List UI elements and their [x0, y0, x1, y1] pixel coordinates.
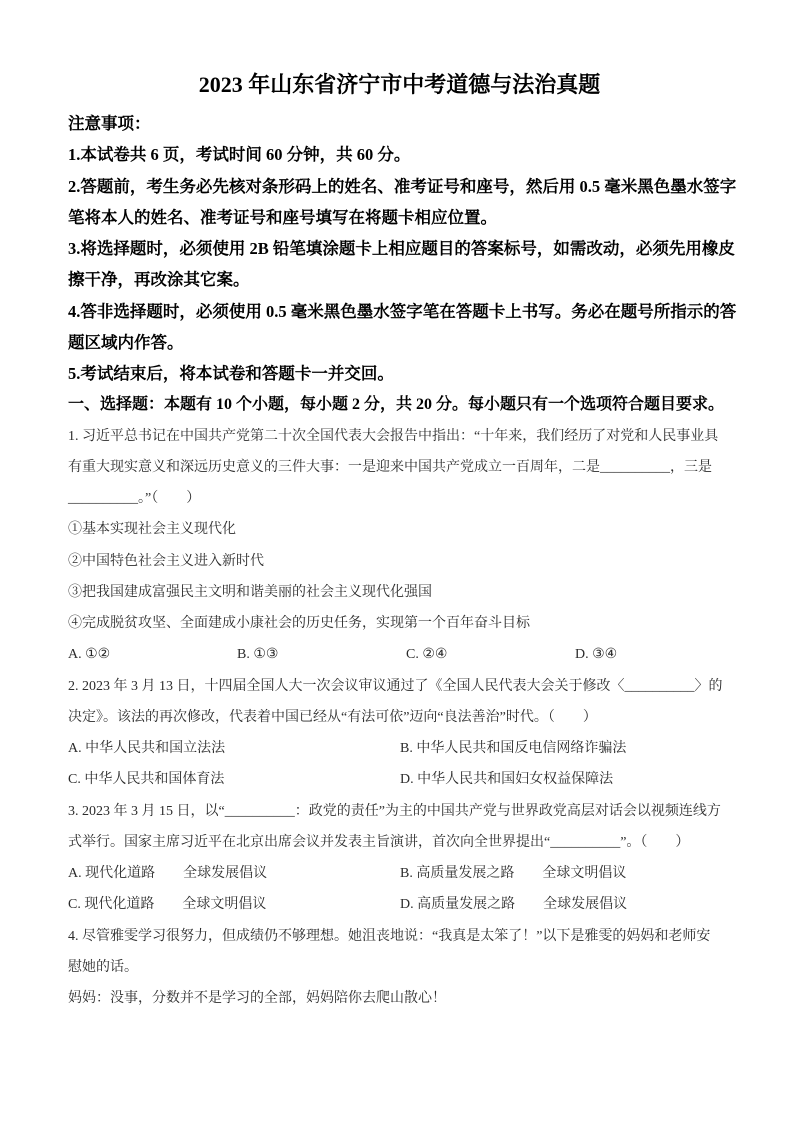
question-1-suboption-4: ④完成脱贫攻坚、全面建成小康社会的历史任务，实现第一个百年奋斗目标 [68, 608, 731, 639]
question-4-line-2: 慰她的话。 [68, 952, 731, 983]
question-1-choice-d: D. ③④ [575, 639, 744, 670]
section-1-heading: 一、选择题：本题有 10 个小题，每小题 2 分，共 20 分。每小题只有一个选… [68, 389, 731, 420]
question-2-choice-c: C. 中华人民共和国体育法 [68, 764, 400, 795]
notice-line-3: 3.将选择题时，必须使用 2B 铅笔填涂题卡上相应题目的答案标号，如需改动，必须… [68, 233, 731, 264]
question-3-choice-c: C. 现代化道路 全球文明倡议 [68, 889, 400, 920]
exam-document-page: 2023 年山东省济宁市中考道德与法治真题 注意事项： 1.本试卷共 6 页，考… [0, 0, 793, 1122]
question-1-line-3: __________。”（ ） [68, 483, 731, 514]
question-3-choice-d: D. 高质量发展之路 全球发展倡议 [400, 889, 731, 920]
question-1-choice-c: C. ②④ [406, 639, 575, 670]
question-3-choices-cd: C. 现代化道路 全球文明倡议 D. 高质量发展之路 全球发展倡议 [68, 889, 731, 920]
question-4-mother-quote: 妈妈：没事，分数并不是学习的全部，妈妈陪你去爬山散心！ [68, 983, 731, 1014]
question-3-choices-ab: A. 现代化道路 全球发展倡议 B. 高质量发展之路 全球文明倡议 [68, 858, 731, 889]
question-2-choice-b: B. 中华人民共和国反电信网络诈骗法 [400, 733, 731, 764]
page-title: 2023 年山东省济宁市中考道德与法治真题 [68, 70, 731, 108]
question-3-choice-a: A. 现代化道路 全球发展倡议 [68, 858, 400, 889]
question-4-line-1: 4. 尽管雅雯学习很努力，但成绩仍不够理想。她沮丧地说：“我真是太笨了！”以下是… [68, 921, 731, 952]
question-2-choice-a: A. 中华人民共和国立法法 [68, 733, 400, 764]
question-2-choices-cd: C. 中华人民共和国体育法 D. 中华人民共和国妇女权益保障法 [68, 764, 731, 795]
document-body: 注意事项： 1.本试卷共 6 页，考试时间 60 分钟，共 60 分。 2.答题… [68, 108, 731, 1014]
question-2-line-1: 2. 2023 年 3 月 13 日，十四届全国人大一次会议审议通过了《全国人民… [68, 671, 731, 702]
question-1-line-2: 有重大现实意义和深远历史意义的三件大事：一是迎来中国共产党成立一百周年，二是__… [68, 452, 731, 483]
notice-line-3-cont: 擦干净，再改涂其它案。 [68, 264, 731, 295]
notice-heading: 注意事项： [68, 108, 731, 139]
question-3-line-1: 3. 2023 年 3 月 15 日，以“__________：政党的责任”为主… [68, 796, 731, 827]
question-2-choice-d: D. 中华人民共和国妇女权益保障法 [400, 764, 731, 795]
question-1-line-1: 1. 习近平总书记在中国共产党第二十次全国代表大会报告中指出：“十年来，我们经历… [68, 421, 731, 452]
notice-line-4: 4.答非选择题时，必须使用 0.5 毫米黑色墨水签字笔在答题卡上书写。务必在题号… [68, 296, 731, 327]
notice-line-1: 1.本试卷共 6 页，考试时间 60 分钟，共 60 分。 [68, 139, 731, 170]
question-2-line-2: 决定》。该法的再次修改，代表着中国已经从“有法可依”迈向“良法善治”时代。（ ） [68, 702, 731, 733]
notice-line-5: 5.考试结束后，将本试卷和答题卡一并交回。 [68, 358, 731, 389]
question-3-line-2: 式举行。国家主席习近平在北京出席会议并发表主旨演讲，首次向全世界提出“_____… [68, 827, 731, 858]
notice-line-2-cont: 笔将本人的姓名、准考证号和座号填写在将题卡相应位置。 [68, 202, 731, 233]
question-3-choice-b: B. 高质量发展之路 全球文明倡议 [400, 858, 731, 889]
notice-line-2: 2.答题前，考生务必先核对条形码上的姓名、准考证号和座号，然后用 0.5 毫米黑… [68, 171, 731, 202]
question-1-choice-b: B. ①③ [237, 639, 406, 670]
question-1-suboption-2: ②中国特色社会主义进入新时代 [68, 546, 731, 577]
question-1-suboption-3: ③把我国建成富强民主文明和谐美丽的社会主义现代化强国 [68, 577, 731, 608]
question-2-choices-ab: A. 中华人民共和国立法法 B. 中华人民共和国反电信网络诈骗法 [68, 733, 731, 764]
question-1-suboption-1: ①基本实现社会主义现代化 [68, 514, 731, 545]
question-1-choices: A. ①② B. ①③ C. ②④ D. ③④ [68, 639, 731, 670]
notice-line-4-cont: 题区域内作答。 [68, 327, 731, 358]
question-1-choice-a: A. ①② [68, 639, 237, 670]
